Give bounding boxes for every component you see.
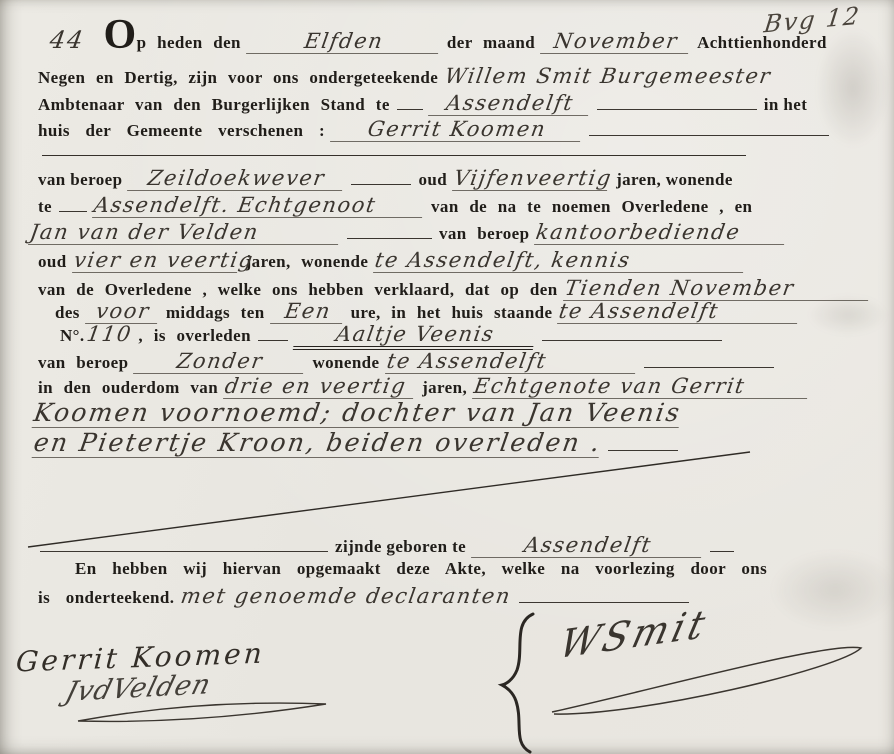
blank-rule — [589, 121, 829, 136]
filler-dash — [351, 173, 411, 185]
form-line-closing-2: is onderteekend. met genoemde declarante… — [38, 584, 696, 608]
entry-parents: Koomen voornoemd; dochter van Jan Veenis — [32, 398, 684, 428]
filler-dash — [710, 540, 734, 552]
printed-text: En hebben wij hiervan opgemaakt deze Akt… — [75, 559, 767, 579]
printed-text: zijnde geboren te — [335, 537, 466, 557]
entry-official-name: Willem Smit Burgemeester — [443, 64, 773, 88]
form-line-deceased-age: in den ouderdom van drie en veertig jare… — [38, 374, 816, 399]
form-line-parents-2: en Pietertje Kroon, beiden overleden . — [34, 428, 685, 458]
entry-deceased-occupation: Zonder — [133, 349, 307, 374]
printed-text: jaren, wonende — [616, 170, 733, 190]
form-line-closing-1: En hebben wij hiervan opgemaakt deze Akt… — [75, 559, 774, 579]
printed-text: , is overleden — [138, 326, 251, 346]
printed-text: van de Overledene , welke ons hebben ver… — [38, 280, 558, 300]
bleed-through-smudge — [770, 550, 894, 630]
printed-text: van beroep — [38, 170, 122, 190]
blank-rule — [597, 95, 757, 110]
form-line-year-official: Negen en Dertig, zijn voor ons ondergete… — [38, 64, 778, 88]
death-certificate-scan: Bvg 12 44 Op heden den Elfden der maand … — [0, 0, 894, 754]
declarant2-signature-flourish — [78, 703, 326, 721]
entry-day: Elfden — [246, 29, 442, 54]
entry-declarant1-name: Gerrit Koomen — [330, 117, 584, 142]
filler-dash — [258, 329, 288, 341]
act-number: 44 — [48, 26, 87, 54]
entry-deceased-residence: te Assendelft — [385, 349, 639, 374]
printed-text: te — [38, 197, 52, 217]
form-line-declarant1-residence: te Assendelft. Echtgenoot van de na te n… — [38, 193, 759, 218]
printed-text: N°. — [60, 326, 85, 346]
form-line-declarant2: Jan van der Velden van beroep kantoorbed… — [30, 220, 793, 245]
entry-occupation2: kantoorbediende — [534, 220, 788, 245]
form-line-date: 44 Op heden den Elfden der maand Novembe… — [50, 26, 834, 54]
printed-text: in den ouderdom van — [38, 378, 218, 398]
entry-residence-relation: Assendelft. Echtgenoot — [92, 193, 426, 218]
filler-dash — [59, 200, 87, 212]
section-divider-rule — [42, 155, 746, 156]
printed-text: is onderteekend. — [38, 588, 174, 608]
signature-declarant2: JvdVelden — [62, 669, 215, 708]
printed-text: Ambtenaar van den Burgerlijken Stand te — [38, 95, 390, 115]
entry-spouse: Echtgenote van Gerrit — [472, 374, 811, 399]
printed-text: wonende — [312, 353, 379, 373]
entry-birthplace: Assendelft — [471, 533, 705, 558]
entry-place: Assendelft — [428, 91, 592, 116]
printed-text: in het — [764, 95, 808, 115]
form-line-birthplace: zijnde geboren te Assendelft — [40, 533, 741, 558]
printed-text: van beroep — [38, 353, 128, 373]
entry-death-place: te Assendelft — [558, 299, 802, 324]
entry-declarant2-name: Jan van der Velden — [28, 220, 342, 245]
printed-text: Achttienhonderd — [697, 33, 827, 53]
form-line-declarant1-occupation: van beroep Zeildoekwever oud Vijfenveert… — [38, 166, 740, 191]
entry-residence2-relation: te Assendelft, kennis — [373, 248, 747, 273]
printed-text: ure, in het huis staande — [351, 303, 553, 323]
entry-am-pm: voor — [85, 299, 161, 324]
form-line-death-time-place: des voor middags ten Een ure, in het hui… — [55, 299, 806, 324]
entry-deceased-name: Aaltje Veenis — [293, 322, 537, 350]
entry-parents: en Pietertje Kroon, beiden overleden . — [32, 428, 604, 458]
entry-deceased-age: drie en veertig — [223, 374, 417, 399]
blank-rule — [40, 537, 328, 552]
signature-brace — [502, 614, 533, 752]
entry-death-date: Tienden November — [563, 276, 872, 301]
entry-age2: vier en veertig — [72, 248, 241, 273]
entry-house-number: 110 — [85, 322, 134, 346]
printed-text: van beroep — [439, 224, 529, 244]
form-line-deceased-occupation: van beroep Zonder wonende te Assendelft — [38, 349, 781, 374]
form-line-declarant2-age: oud vier en veertig jaren, wonende te As… — [38, 248, 752, 273]
form-line-declaration: van de Overledene , welke ons hebben ver… — [38, 276, 877, 301]
blank-rule — [644, 353, 774, 368]
printed-text: middags ten — [166, 303, 265, 323]
form-line-appeared: huis der Gemeente verschenen : Gerrit Ko… — [38, 117, 836, 142]
printed-text: oud — [418, 170, 447, 190]
blank-rule — [608, 436, 678, 451]
printed-text: oud — [38, 252, 67, 272]
printed-text: van de na te noemen Overledene , en — [431, 197, 752, 217]
blank-rule — [519, 588, 689, 603]
form-line-parents-1: Koomen voornoemd; dochter van Jan Veenis — [34, 398, 688, 428]
printed-text: Negen en Dertig, zijn voor ons ondergete… — [38, 68, 438, 88]
filler-dash — [347, 227, 432, 239]
printed-text: jaren, wonende — [246, 252, 369, 272]
entry-occupation: Zeildoekwever — [127, 166, 346, 191]
form-line-municipality: Ambtenaar van den Burgerlijken Stand te … — [38, 91, 814, 116]
form-line-deceased-name: N°. 110 , is overleden Aaltje Veenis — [60, 322, 729, 350]
signature-registrar: WSmit — [555, 601, 714, 668]
printed-text: des — [55, 303, 80, 323]
entry-hour: Een — [270, 299, 346, 324]
printed-text: jaren, — [422, 378, 467, 398]
printed-text: der maand — [447, 33, 535, 53]
printed-text: Op heden den — [104, 28, 241, 53]
printed-text: huis der Gemeente verschenen : — [38, 121, 325, 141]
entry-signing-note: met genoemde declaranten — [180, 584, 514, 608]
bleed-through-smudge — [808, 295, 888, 335]
blank-rule — [542, 326, 722, 341]
entry-age: Vijfenveertig — [452, 166, 611, 191]
filler-dash — [397, 98, 423, 110]
entry-month: November — [540, 29, 692, 54]
